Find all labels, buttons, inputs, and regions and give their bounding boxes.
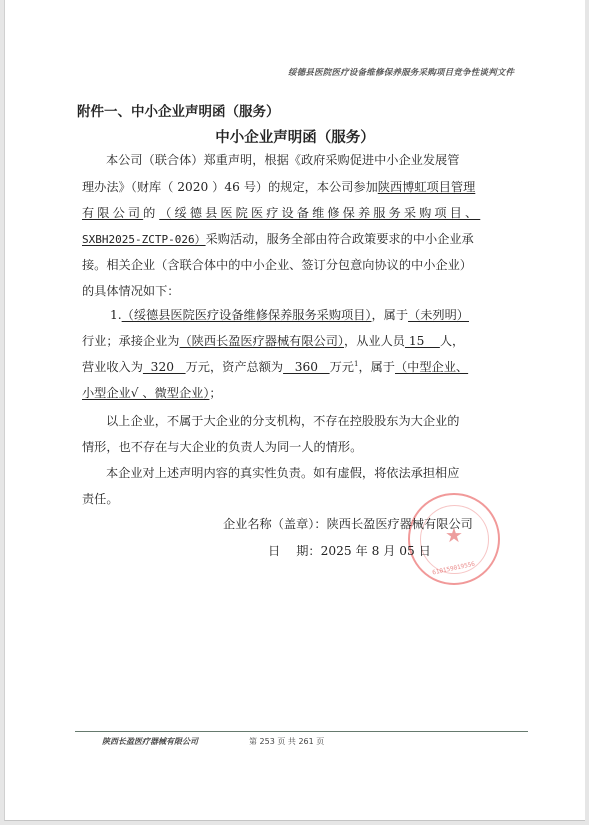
para1-text: 接。相关企业（含联合体中的中小企业、签订分包意向协议的中小企业） xyxy=(82,258,472,272)
item-text: ，属于 xyxy=(371,308,408,322)
date-value: 2025 年 8 月 05 日 xyxy=(321,544,431,558)
project-name: （绥德县医院医疗设备维修保养服务采购项目、 xyxy=(159,206,480,220)
item-revenue: 320 xyxy=(143,360,186,374)
para1-text: 的具体情况如下： xyxy=(82,284,180,298)
para1-line3: 有限公司的 （绥德县医院医疗设备维修保养服务采购项目、 xyxy=(82,204,480,221)
para3-text: 责任。 xyxy=(82,492,119,506)
para2-line1: 以上企业，不属于大企业的分支机构，不存在控股股东为大企业的 xyxy=(106,412,459,429)
para1-text: 本公司（联合体）郑重声明，根据《政府采购促进中小企业发展管 xyxy=(106,153,459,167)
item1-line3: 营业收入为 320 万元，资产总额为 360 万元1，属于（中型企业、 xyxy=(82,358,468,375)
document-title: 中小企业声明函（服务） xyxy=(5,126,585,147)
item-enterprise-type-cont: 小型企业√ 、微型企业） xyxy=(82,386,209,400)
item-enterprise: （陕西长盈医疗器械有限公司） xyxy=(180,334,345,348)
document-page: 绥德县医院医疗设备维修保养服务采购项目竞争性谈判文件 附件一、中小企业声明函（服… xyxy=(4,0,585,821)
item1-line2: 行业；承接企业为（陕西长盈医疗器械有限公司），从业人员 15 人， xyxy=(82,332,464,349)
para3-line1: 本企业对上述声明内容的真实性负责。如有虚假，将依法承担相应 xyxy=(106,464,459,481)
para1-line2: 理办法》（财库（ 2020 ）46 号）的规定，本公司参加陕西博虹项目管理 xyxy=(82,178,475,195)
signature-company-name: 陕西长盈医疗器械有限公司 xyxy=(327,517,473,531)
date-label: 日 期： xyxy=(268,544,321,558)
item-text: 人， xyxy=(440,334,464,348)
para1-line6: 的具体情况如下： xyxy=(82,282,180,299)
para2-text: 以上企业，不属于大企业的分支机构，不存在控股股东为大企业的 xyxy=(106,414,459,428)
para3-text: 本企业对上述声明内容的真实性负责。如有虚假，将依法承担相应 xyxy=(106,466,459,480)
para1-line1: 本公司（联合体）郑重声明，根据《政府采购促进中小企业发展管 xyxy=(106,151,459,168)
annex-title: 附件一、中小企业声明函（服务） xyxy=(77,100,280,120)
agency-name-cont: 有限公司 xyxy=(82,206,143,220)
item-text: 行业；承接企业为 xyxy=(82,334,180,348)
item-text: 万元 xyxy=(330,360,354,374)
item-text: 万元，资产总额为 xyxy=(186,360,284,374)
company-seal: ★ 610159019556 xyxy=(408,493,500,585)
para1-line4: SXBH2025-ZCTP-026）采购活动，服务全部由符合政策要求的中小企业承 xyxy=(82,230,474,247)
item-project: （绥德县医院医疗设备维修保养服务采购项目） xyxy=(122,308,372,322)
item-enterprise-type: （中型企业、 xyxy=(395,360,468,374)
item1-line4: 小型企业√ 、微型企业）； xyxy=(82,384,222,401)
para1-text: 的 xyxy=(143,206,155,220)
para1-text: 理办法》（财库（ 2020 ）46 号）的规定，本公司参加 xyxy=(82,180,378,194)
item-text: ，属于 xyxy=(358,360,395,374)
signature-label: 企业名称（盖章）： xyxy=(223,517,327,531)
para2-line2: 情形，也不存在与大企业的负责人为同一人的情形。 xyxy=(82,438,362,455)
running-header: 绥德县医院医疗设备维修保养服务采购项目竞争性谈判文件 xyxy=(288,66,514,78)
item-industry: （未列明） xyxy=(408,308,469,322)
para1-line5: 接。相关企业（含联合体中的中小企业、签订分包意向协议的中小企业） xyxy=(82,256,472,273)
agency-name: 陕西博虹项目管理 xyxy=(378,180,476,194)
item-assets: 360 xyxy=(283,360,330,374)
project-code: SXBH2025-ZCTP-026） xyxy=(82,233,206,246)
footer-page-number: 第 253 页 共 261 页 xyxy=(249,736,324,747)
para3-line2: 责任。 xyxy=(82,490,119,507)
footer-divider xyxy=(75,731,528,732)
para1-text: 采购活动，服务全部由符合政策要求的中小企业承 xyxy=(206,232,474,246)
para2-text: 情形，也不存在与大企业的负责人为同一人的情形。 xyxy=(82,440,362,454)
item-text: ，从业人员 xyxy=(344,334,405,348)
item-number: 1. xyxy=(110,308,122,322)
item-text: 营业收入为 xyxy=(82,360,143,374)
item-staff-count: 15 xyxy=(405,334,440,348)
footer-company: 陕西长盈医疗器械有限公司 xyxy=(102,736,198,747)
item-text: ； xyxy=(209,386,221,400)
item1-line1: 1.（绥德县医院医疗设备维修保养服务采购项目），属于（未列明） xyxy=(110,306,469,323)
signature-company: 企业名称（盖章）：陕西长盈医疗器械有限公司 xyxy=(223,515,473,532)
signature-date: 日 期：2025 年 8 月 05 日 xyxy=(268,542,431,559)
